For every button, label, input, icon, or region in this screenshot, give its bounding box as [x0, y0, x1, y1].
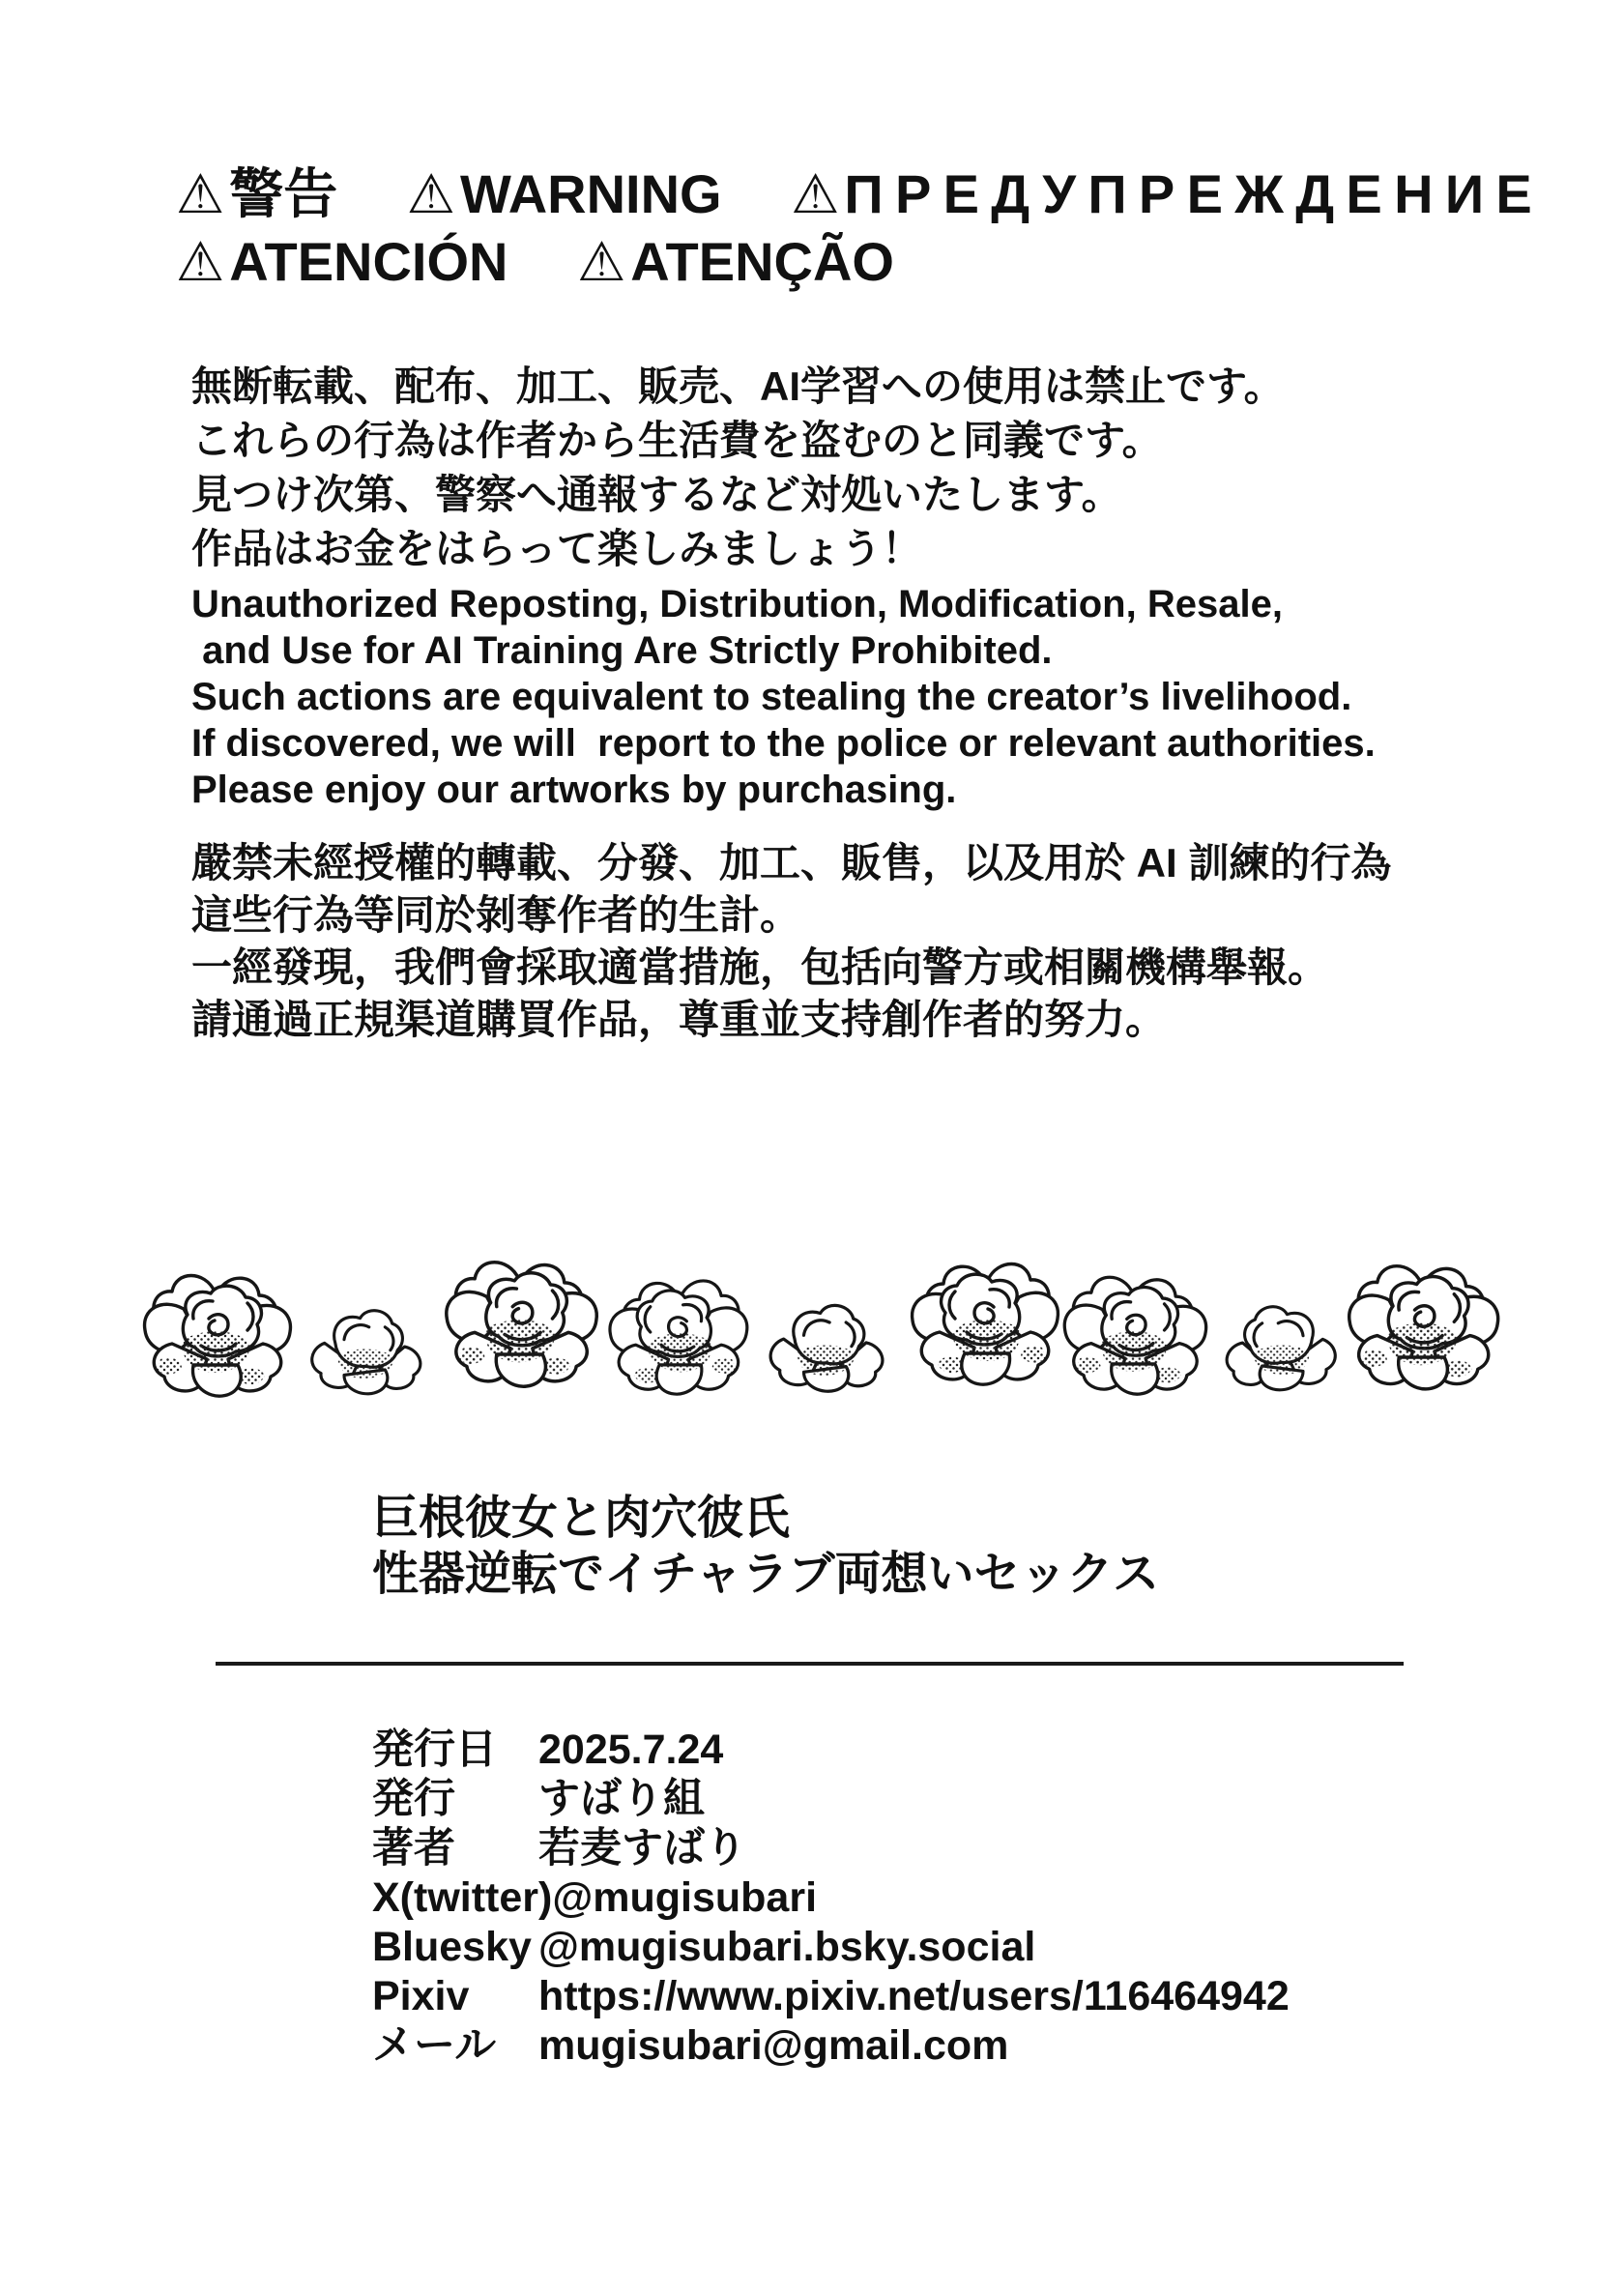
warning-spanish: ⚠ATENCIÓN — [176, 228, 508, 296]
warning-portuguese-label: ATENÇÃO — [630, 231, 894, 292]
notice-line: Such actions are equivalent to stealing … — [191, 674, 1376, 720]
warning-triangle-icon: ⚠ — [407, 163, 455, 224]
notice-english: Unauthorized Reposting, Distribution, Mo… — [191, 581, 1376, 813]
warning-russian-label: ПРЕДУПРЕЖДЕНИЕ — [844, 163, 1544, 224]
colophon-label: 著者 — [372, 1824, 538, 1873]
warning-english: ⚠WARNING — [407, 160, 722, 228]
colophon-row-email: メールmugisubari@gmail.com — [372, 2021, 1290, 2071]
colophon-label: メール — [372, 2021, 538, 2071]
warning-triangle-icon: ⚠ — [176, 231, 224, 292]
notice-chinese: 嚴禁未經授權的轉載、分發、加工、販售，以及用於 AI 訓練的行為 這些行為等同於… — [191, 837, 1391, 1046]
publish-date-value: 2025.7.24 — [538, 1727, 723, 1773]
warning-header: ⚠警告 ⚠WARNING ⚠ПРЕДУПРЕЖДЕНИЕ ⚠ATENCIÓN ⚠… — [176, 160, 1544, 296]
book-title-line-2: 性器逆転でイチャラブ両想いセックス — [372, 1547, 1159, 1603]
publisher-value: すばり組 — [538, 1776, 705, 1822]
book-title: 巨根彼女と肉穴彼氏 性器逆転でイチャラブ両想いセックス — [372, 1491, 1159, 1603]
twitter-handle-value: @mugisubari — [552, 1874, 817, 1921]
colophon-row-bluesky: Bluesky@mugisubari.bsky.social — [372, 1923, 1290, 1972]
notice-line: 請通過正規渠道購買作品，尊重並支持創作者的努力。 — [191, 994, 1391, 1046]
book-title-line-1: 巨根彼女と肉穴彼氏 — [372, 1491, 1159, 1547]
warning-japanese: ⚠警告 — [176, 160, 337, 228]
page: ⚠警告 ⚠WARNING ⚠ПРЕДУПРЕЖДЕНИЕ ⚠ATENCIÓN ⚠… — [0, 0, 1624, 2293]
bluesky-handle-value: @mugisubari.bsky.social — [538, 1924, 1035, 1970]
colophon-row-publisher: 発行すばり組 — [372, 1775, 1290, 1824]
email-value: mugisubari@gmail.com — [538, 2022, 1008, 2069]
colophon-row-twitter: X(twitter)@mugisubari — [372, 1873, 1290, 1923]
warning-triangle-icon: ⚠ — [176, 163, 224, 224]
rose-border-icon — [130, 1237, 1512, 1442]
notice-line: and Use for AI Training Are Strictly Pro… — [191, 627, 1376, 674]
warning-triangle-icon: ⚠ — [577, 231, 625, 292]
notice-line: 一經發現，我們會採取適當措施，包括向警方或相關機構舉報。 — [191, 942, 1391, 994]
colophon-row-author: 著者若麦すばり — [372, 1824, 1290, 1873]
divider-line — [216, 1662, 1404, 1666]
notice-line: 見つけ次第、警察へ通報するなど対処いたします。 — [191, 468, 1285, 522]
warning-spanish-label: ATENCIÓN — [229, 231, 507, 292]
notice-japanese: 無断転載、配布、加工、販売、AI学習への使用は禁止です。 これらの行為は作者から… — [191, 360, 1285, 576]
notice-line: 無断転載、配布、加工、販売、AI学習への使用は禁止です。 — [191, 360, 1285, 414]
notice-line: これらの行為は作者から生活費を盗むのと同義です。 — [191, 414, 1285, 468]
pixiv-url-value: https://www.pixiv.net/users/116464942 — [538, 1973, 1290, 2019]
warning-english-label: WARNING — [460, 163, 722, 224]
colophon-row-pixiv: Pixivhttps://www.pixiv.net/users/1164649… — [372, 1972, 1290, 2021]
colophon-label: 発行日 — [372, 1726, 538, 1775]
warning-portuguese: ⚠ATENÇÃO — [577, 228, 894, 296]
colophon-label: 発行 — [372, 1775, 538, 1824]
notice-line: 作品はお金をはらって楽しみましょう！ — [191, 522, 1285, 576]
warning-triangle-icon: ⚠ — [791, 163, 839, 224]
colophon: 発行日2025.7.24 発行すばり組 著者若麦すばり X(twitter)@m… — [372, 1726, 1290, 2071]
notice-line: Please enjoy our artworks by purchasing. — [191, 767, 1376, 813]
warning-russian: ⚠ПРЕДУПРЕЖДЕНИЕ — [791, 160, 1544, 228]
warning-row-1: ⚠警告 ⚠WARNING ⚠ПРЕДУПРЕЖДЕНИЕ — [176, 160, 1544, 228]
notice-line: If discovered, we will report to the pol… — [191, 720, 1376, 767]
colophon-label: Bluesky — [372, 1923, 538, 1972]
notice-line: 嚴禁未經授權的轉載、分發、加工、販售，以及用於 AI 訓練的行為 — [191, 837, 1391, 889]
author-value: 若麦すばり — [538, 1825, 746, 1872]
notice-line: Unauthorized Reposting, Distribution, Mo… — [191, 581, 1376, 627]
colophon-label: X(twitter) — [372, 1873, 552, 1923]
colophon-row-publish-date: 発行日2025.7.24 — [372, 1726, 1290, 1775]
warning-row-2: ⚠ATENCIÓN ⚠ATENÇÃO — [176, 228, 1544, 296]
notice-line: 這些行為等同於剝奪作者的生計。 — [191, 889, 1391, 942]
colophon-label: Pixiv — [372, 1972, 538, 2021]
warning-japanese-label: 警告 — [229, 163, 337, 224]
